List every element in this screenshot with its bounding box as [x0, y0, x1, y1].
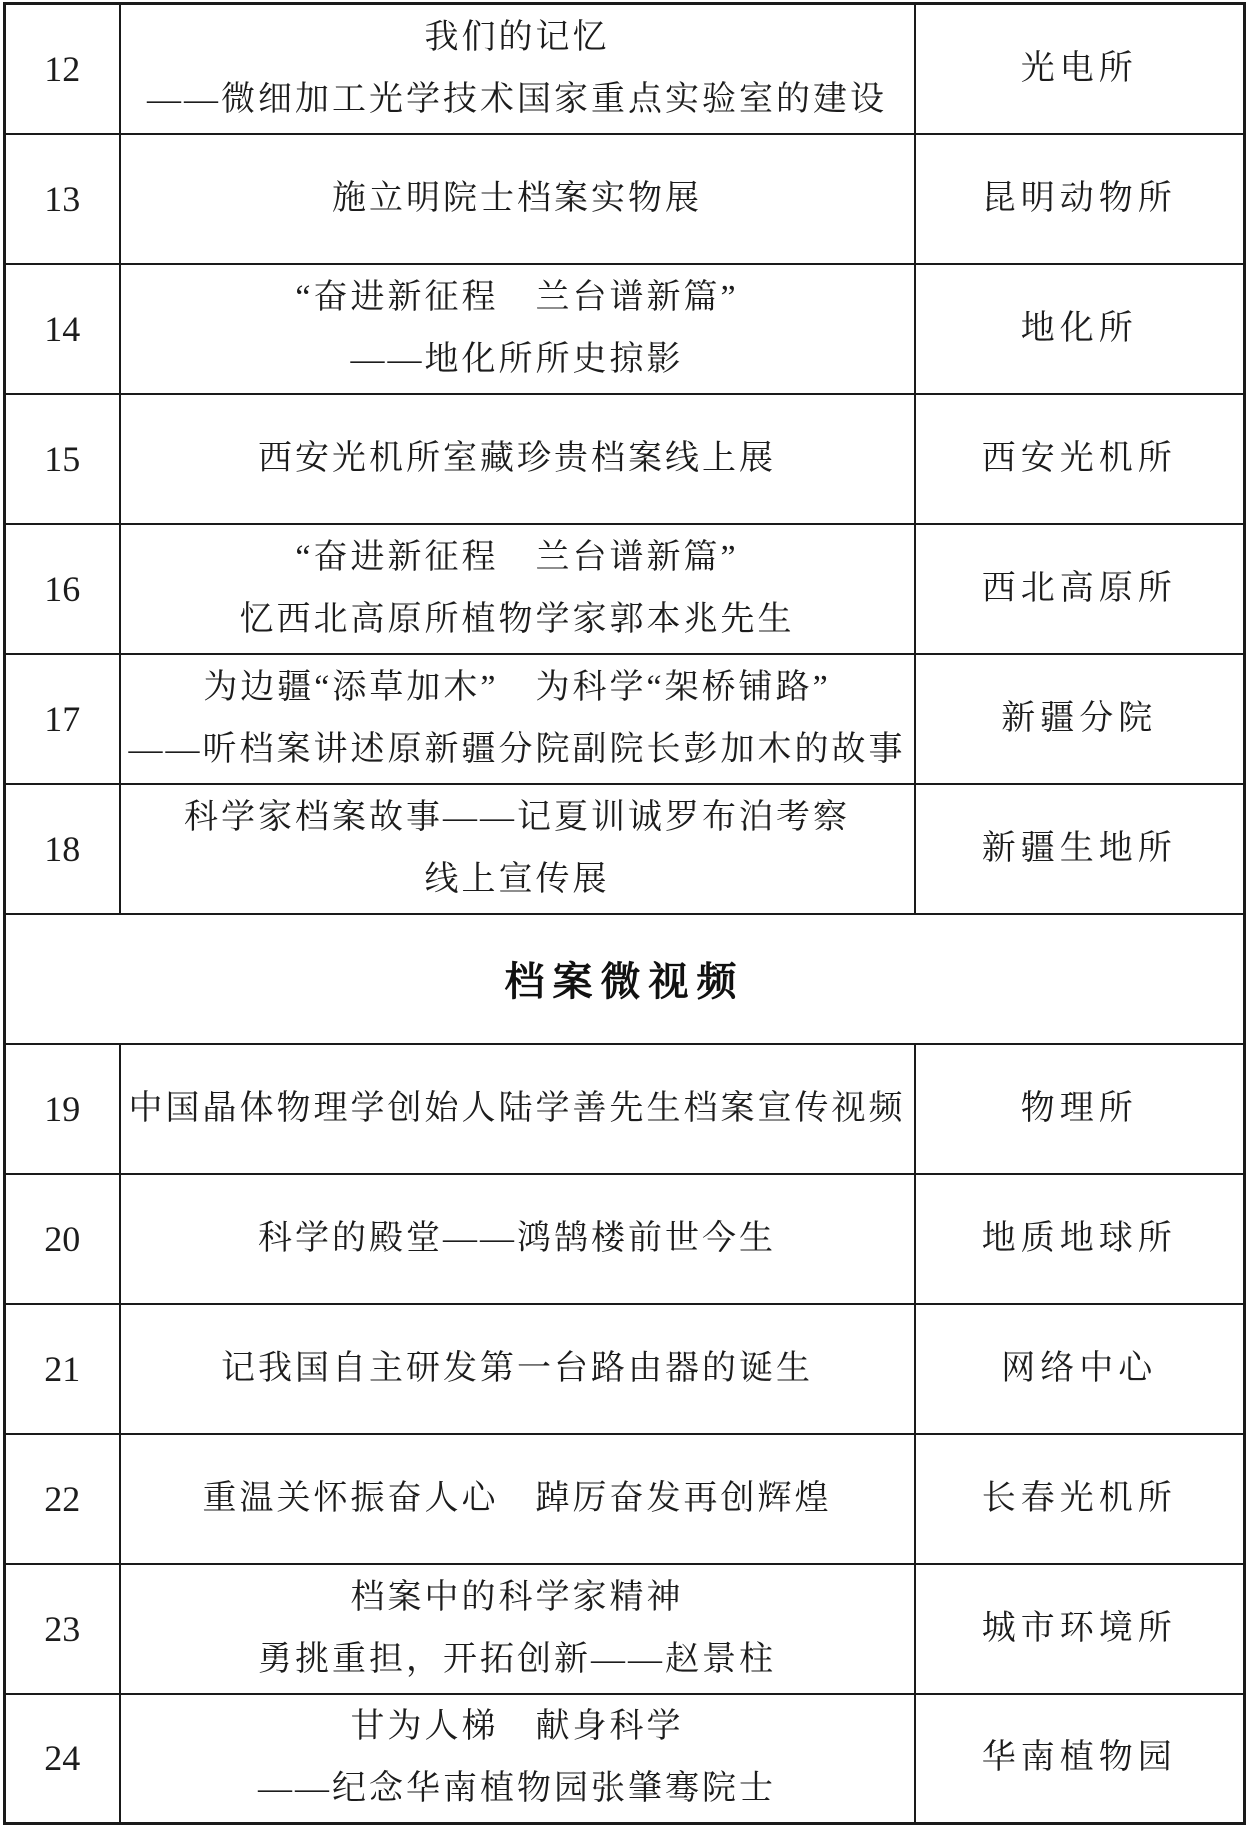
row-title: 重温关怀振奋人心 踔厉奋发再创辉煌 [120, 1434, 915, 1564]
exhibition-table-body: 12 我们的记忆 ——微细加工光学技术国家重点实验室的建设 光电所 13 施立明… [5, 4, 1245, 1824]
row-title: 记我国自主研发第一台路由器的诞生 [120, 1304, 915, 1434]
table-row: 14 “奋进新征程 兰台谱新篇” ——地化所所史掠影 地化所 [5, 264, 1245, 394]
row-institution: 光电所 [915, 4, 1245, 134]
table-row: 19 中国晶体物理学创始人陆学善先生档案宣传视频 物理所 [5, 1044, 1245, 1174]
row-title: 甘为人梯 献身科学 ——纪念华南植物园张肇骞院士 [120, 1694, 915, 1824]
row-institution: 华南植物园 [915, 1694, 1245, 1824]
row-title: 中国晶体物理学创始人陆学善先生档案宣传视频 [120, 1044, 915, 1174]
row-title: 科学家档案故事——记夏训诚罗布泊考察 线上宣传展 [120, 784, 915, 914]
table-row: 17 为边疆“添草加木” 为科学“架桥铺路” ——听档案讲述原新疆分院副院长彭加… [5, 654, 1245, 784]
row-title: 科学的殿堂——鸿鹄楼前世今生 [120, 1174, 915, 1304]
row-institution: 网络中心 [915, 1304, 1245, 1434]
table-row: 22 重温关怀振奋人心 踔厉奋发再创辉煌 长春光机所 [5, 1434, 1245, 1564]
row-number: 17 [5, 654, 120, 784]
row-title: 为边疆“添草加木” 为科学“架桥铺路” ——听档案讲述原新疆分院副院长彭加木的故… [120, 654, 915, 784]
row-number: 22 [5, 1434, 120, 1564]
row-institution: 地化所 [915, 264, 1245, 394]
document-page: 12 我们的记忆 ——微细加工光学技术国家重点实验室的建设 光电所 13 施立明… [0, 0, 1246, 1836]
table-row: 23 档案中的科学家精神 勇挑重担，开拓创新——赵景柱 城市环境所 [5, 1564, 1245, 1694]
row-number: 19 [5, 1044, 120, 1174]
row-institution: 新疆分院 [915, 654, 1245, 784]
row-number: 12 [5, 4, 120, 134]
row-institution: 长春光机所 [915, 1434, 1245, 1564]
exhibition-table: 12 我们的记忆 ——微细加工光学技术国家重点实验室的建设 光电所 13 施立明… [3, 2, 1246, 1825]
row-title: “奋进新征程 兰台谱新篇” 忆西北高原所植物学家郭本兆先生 [120, 524, 915, 654]
row-number: 15 [5, 394, 120, 524]
table-row: 16 “奋进新征程 兰台谱新篇” 忆西北高原所植物学家郭本兆先生 西北高原所 [5, 524, 1245, 654]
row-title: “奋进新征程 兰台谱新篇” ——地化所所史掠影 [120, 264, 915, 394]
row-number: 13 [5, 134, 120, 264]
row-institution: 城市环境所 [915, 1564, 1245, 1694]
row-title: 我们的记忆 ——微细加工光学技术国家重点实验室的建设 [120, 4, 915, 134]
table-row: 13 施立明院士档案实物展 昆明动物所 [5, 134, 1245, 264]
row-number: 23 [5, 1564, 120, 1694]
row-title: 施立明院士档案实物展 [120, 134, 915, 264]
row-institution: 昆明动物所 [915, 134, 1245, 264]
row-number: 21 [5, 1304, 120, 1434]
table-row: 15 西安光机所室藏珍贵档案线上展 西安光机所 [5, 394, 1245, 524]
row-institution: 新疆生地所 [915, 784, 1245, 914]
row-institution: 地质地球所 [915, 1174, 1245, 1304]
table-row: 24 甘为人梯 献身科学 ——纪念华南植物园张肇骞院士 华南植物园 [5, 1694, 1245, 1824]
row-number: 18 [5, 784, 120, 914]
row-number: 24 [5, 1694, 120, 1824]
table-row: 12 我们的记忆 ——微细加工光学技术国家重点实验室的建设 光电所 [5, 4, 1245, 134]
row-title: 西安光机所室藏珍贵档案线上展 [120, 394, 915, 524]
row-number: 16 [5, 524, 120, 654]
row-number: 14 [5, 264, 120, 394]
row-institution: 西安光机所 [915, 394, 1245, 524]
table-row: 20 科学的殿堂——鸿鹄楼前世今生 地质地球所 [5, 1174, 1245, 1304]
row-number: 20 [5, 1174, 120, 1304]
row-institution: 物理所 [915, 1044, 1245, 1174]
section-header-label: 档案微视频 [5, 914, 1245, 1044]
table-row: 21 记我国自主研发第一台路由器的诞生 网络中心 [5, 1304, 1245, 1434]
section-header-row: 档案微视频 [5, 914, 1245, 1044]
row-title: 档案中的科学家精神 勇挑重担，开拓创新——赵景柱 [120, 1564, 915, 1694]
table-row: 18 科学家档案故事——记夏训诚罗布泊考察 线上宣传展 新疆生地所 [5, 784, 1245, 914]
row-institution: 西北高原所 [915, 524, 1245, 654]
